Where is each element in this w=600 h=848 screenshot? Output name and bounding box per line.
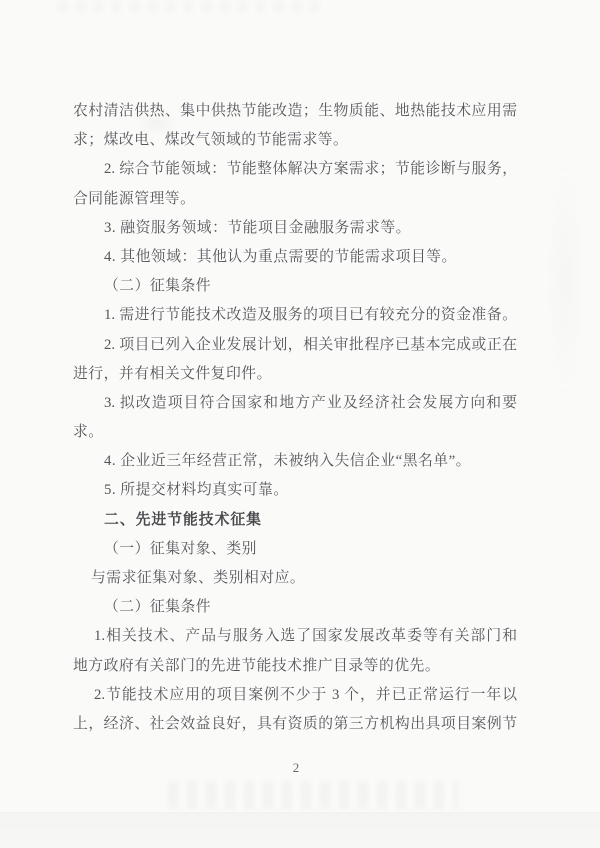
section-heading: （二）征集条件 <box>73 272 517 301</box>
section-heading: （二）征集条件 <box>73 593 517 622</box>
document-line: 求；煤改电、煤改气领域的节能需求等。 <box>73 126 517 155</box>
document-line: 与需求征集对象、类别相对应。 <box>73 564 517 593</box>
scan-artifact-top <box>58 1 328 12</box>
scanned-document-page: 农村清洁供热、集中供热节能改造；生物质能、地热能技术应用需 求；煤改电、煤改气领… <box>0 0 600 848</box>
document-line: 4. 其他领域：其他认为重点需要的节能需求项目等。 <box>73 243 517 272</box>
document-line: 农村清洁供热、集中供热节能改造；生物质能、地热能技术应用需 <box>73 97 517 126</box>
document-line: 4. 企业近三年经营正常，未被纳入失信企业“黑名单”。 <box>73 447 517 476</box>
document-line: 3. 融资服务领域：节能项目金融服务需求等。 <box>73 214 517 243</box>
page-number: 2 <box>0 757 592 779</box>
document-line: 5. 所提交材料均真实可靠。 <box>73 476 517 505</box>
document-line: 上，经济、社会效益良好，具有资质的第三方机构出具项目案例节 <box>73 710 517 739</box>
scan-artifact-bottom <box>168 781 458 809</box>
section-heading: （一）征集对象、类别 <box>73 535 517 564</box>
scan-artifact-right <box>545 160 585 400</box>
document-line: 2.节能技术应用的项目案例不少于 3 个，并已正常运行一年以 <box>73 681 517 710</box>
document-line: 进行，并有相关文件复印件。 <box>73 360 517 389</box>
document-line: 1.相关技术、产品与服务入选了国家发展改革委等有关部门和 <box>73 622 517 651</box>
document-line: 3. 拟改造项目符合国家和地方产业及经济社会发展方向和要 <box>73 389 517 418</box>
document-line: 1. 需进行节能技术改造及服务的项目已有较充分的资金准备。 <box>73 301 517 330</box>
document-body: 农村清洁供热、集中供热节能改造；生物质能、地热能技术应用需 求；煤改电、煤改气领… <box>73 97 517 739</box>
document-line: 地方政府有关部门的先进节能技术推广目录等的优先。 <box>73 652 517 681</box>
document-line: 求。 <box>73 418 517 447</box>
document-line: 2. 综合节能领域：节能整体解决方案需求；节能诊断与服务， <box>73 155 517 184</box>
page-bottom-edge <box>0 812 600 848</box>
chapter-heading: 二、先进节能技术征集 <box>73 506 517 535</box>
document-line: 2. 项目已列入企业发展计划，相关审批程序已基本完成或正在 <box>73 331 517 360</box>
document-line: 合同能源管理等。 <box>73 185 517 214</box>
